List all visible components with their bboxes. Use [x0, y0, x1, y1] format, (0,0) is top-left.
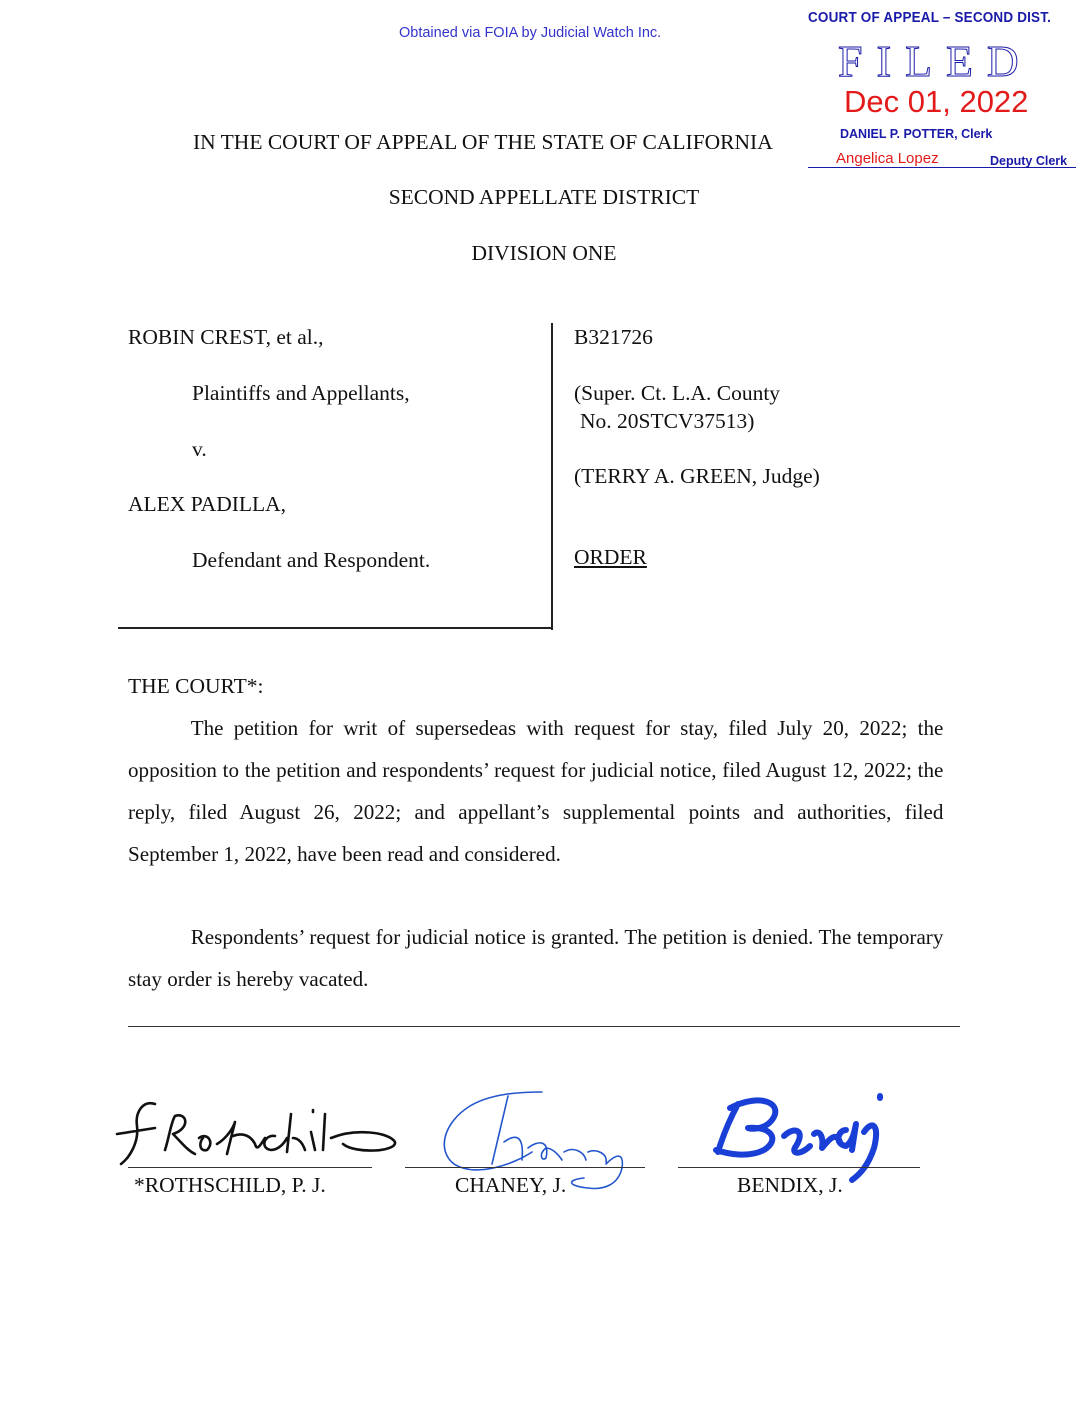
stamp-underline [808, 167, 1076, 168]
signature-name-chaney: CHANEY, J. [455, 1173, 566, 1198]
stamp-deputy-name: Angelica Lopez [836, 150, 939, 167]
stamp-filed-date: Dec 01, 2022 [844, 84, 1028, 120]
stamp-clerk: DANIEL P. POTTER, Clerk [840, 127, 992, 141]
plaintiff-name: ROBIN CREST, et al., [128, 325, 323, 350]
court-label: THE COURT*: [128, 674, 263, 699]
signature-line-rothschild [128, 1167, 372, 1168]
caption-horizontal-rule [118, 627, 553, 629]
trial-judge: (TERRY A. GREEN, Judge) [574, 464, 820, 489]
stamp-filed-label: FILED [838, 36, 1033, 87]
signature-bendix [714, 1090, 894, 1185]
versus: v. [192, 437, 207, 462]
signature-line-chaney [405, 1167, 645, 1168]
document-type: ORDER [574, 545, 647, 570]
separator-rule [128, 1026, 960, 1027]
stamp-deputy-title: Deputy Clerk [990, 154, 1067, 168]
case-number: B321726 [574, 325, 653, 350]
defendant-name: ALEX PADILLA, [128, 492, 286, 517]
plaintiff-role: Plaintiffs and Appellants, [192, 381, 410, 406]
signature-name-bendix: BENDIX, J. [737, 1173, 843, 1198]
signature-name-rothschild: *ROTHSCHILD, P. J. [134, 1173, 326, 1198]
superior-court-line1: (Super. Ct. L.A. County [574, 381, 780, 406]
division-title: DIVISION ONE [0, 241, 1088, 266]
order-paragraph-2: Respondents’ request for judicial notice… [128, 916, 943, 1000]
foia-watermark: Obtained via FOIA by Judicial Watch Inc. [399, 25, 661, 41]
district-title: SECOND APPELLATE DISTRICT [0, 185, 1088, 210]
superior-court-line2: No. 20STCV37513) [580, 409, 754, 434]
caption-vertical-rule [551, 323, 553, 630]
court-title: IN THE COURT OF APPEAL OF THE STATE OF C… [193, 130, 773, 155]
signature-line-bendix [678, 1167, 920, 1168]
order-paragraph-1: The petition for writ of supersedeas wit… [128, 707, 943, 875]
stamp-court-name: COURT OF APPEAL – SECOND DIST. [808, 10, 1051, 26]
signature-rothschild [115, 1098, 415, 1178]
defendant-role: Defendant and Respondent. [192, 548, 430, 573]
